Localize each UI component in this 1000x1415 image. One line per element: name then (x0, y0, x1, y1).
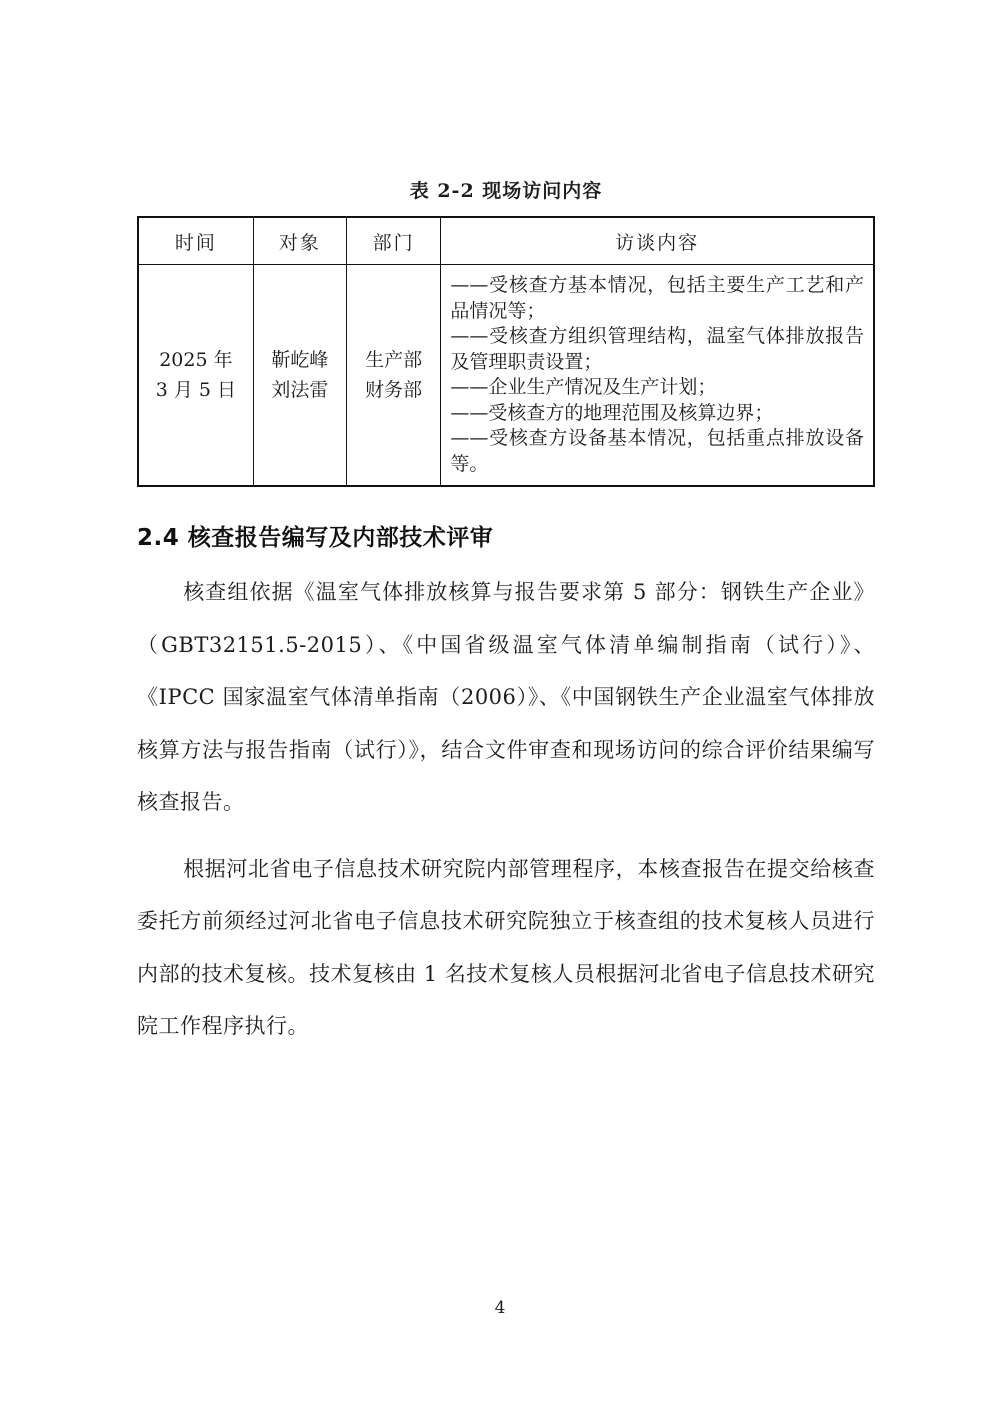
document-page: 表 2-2 现场访问内容 时间 对象 部门 访谈内容 2025 年 3 月 5 … (137, 0, 875, 1063)
department-name: 财务部 (348, 375, 439, 405)
interview-item: ——企业生产情况及生产计划； (450, 375, 864, 401)
cell-time: 2025 年 3 月 5 日 (138, 265, 253, 487)
body-paragraph: 核查组依据《温室气体排放核算与报告要求第 5 部分：钢铁生产企业》（GBT321… (137, 566, 875, 829)
table-row: 2025 年 3 月 5 日 靳屹峰 刘法雷 生产部 财务部 ——受核查方基本情… (138, 265, 874, 487)
cell-departments: 生产部 财务部 (347, 265, 441, 487)
table-caption: 表 2-2 现场访问内容 (137, 176, 875, 203)
subject-name: 靳屹峰 (255, 345, 345, 375)
cell-subjects: 靳屹峰 刘法雷 (253, 265, 346, 487)
body-paragraph: 根据河北省电子信息技术研究院内部管理程序，本核查报告在提交给核查委托方前须经过河… (137, 843, 875, 1053)
time-year: 2025 年 (140, 345, 252, 375)
column-header-interview-content: 访谈内容 (441, 217, 874, 265)
interview-item: ——受核查方设备基本情况，包括重点排放设备等。 (450, 426, 864, 477)
interview-item: ——受核查方的地理范围及核算边界； (450, 401, 864, 427)
column-header-department: 部门 (347, 217, 441, 265)
page-number: 4 (0, 1298, 1000, 1318)
subject-name: 刘法雷 (255, 375, 345, 405)
time-date: 3 月 5 日 (140, 375, 252, 405)
cell-interview-content: ——受核查方基本情况，包括主要生产工艺和产品情况等； ——受核查方组织管理结构，… (441, 265, 874, 487)
department-name: 生产部 (348, 345, 439, 375)
table-header-row: 时间 对象 部门 访谈内容 (138, 217, 874, 265)
interview-item: ——受核查方基本情况，包括主要生产工艺和产品情况等； (450, 273, 864, 324)
column-header-subject: 对象 (253, 217, 346, 265)
column-header-time: 时间 (138, 217, 253, 265)
site-visit-table: 时间 对象 部门 访谈内容 2025 年 3 月 5 日 靳屹峰 刘法雷 生产部… (137, 216, 875, 487)
interview-item: ——受核查方组织管理结构，温室气体排放报告及管理职责设置； (450, 324, 864, 375)
section-heading: 2.4 核查报告编写及内部技术评审 (137, 519, 875, 552)
